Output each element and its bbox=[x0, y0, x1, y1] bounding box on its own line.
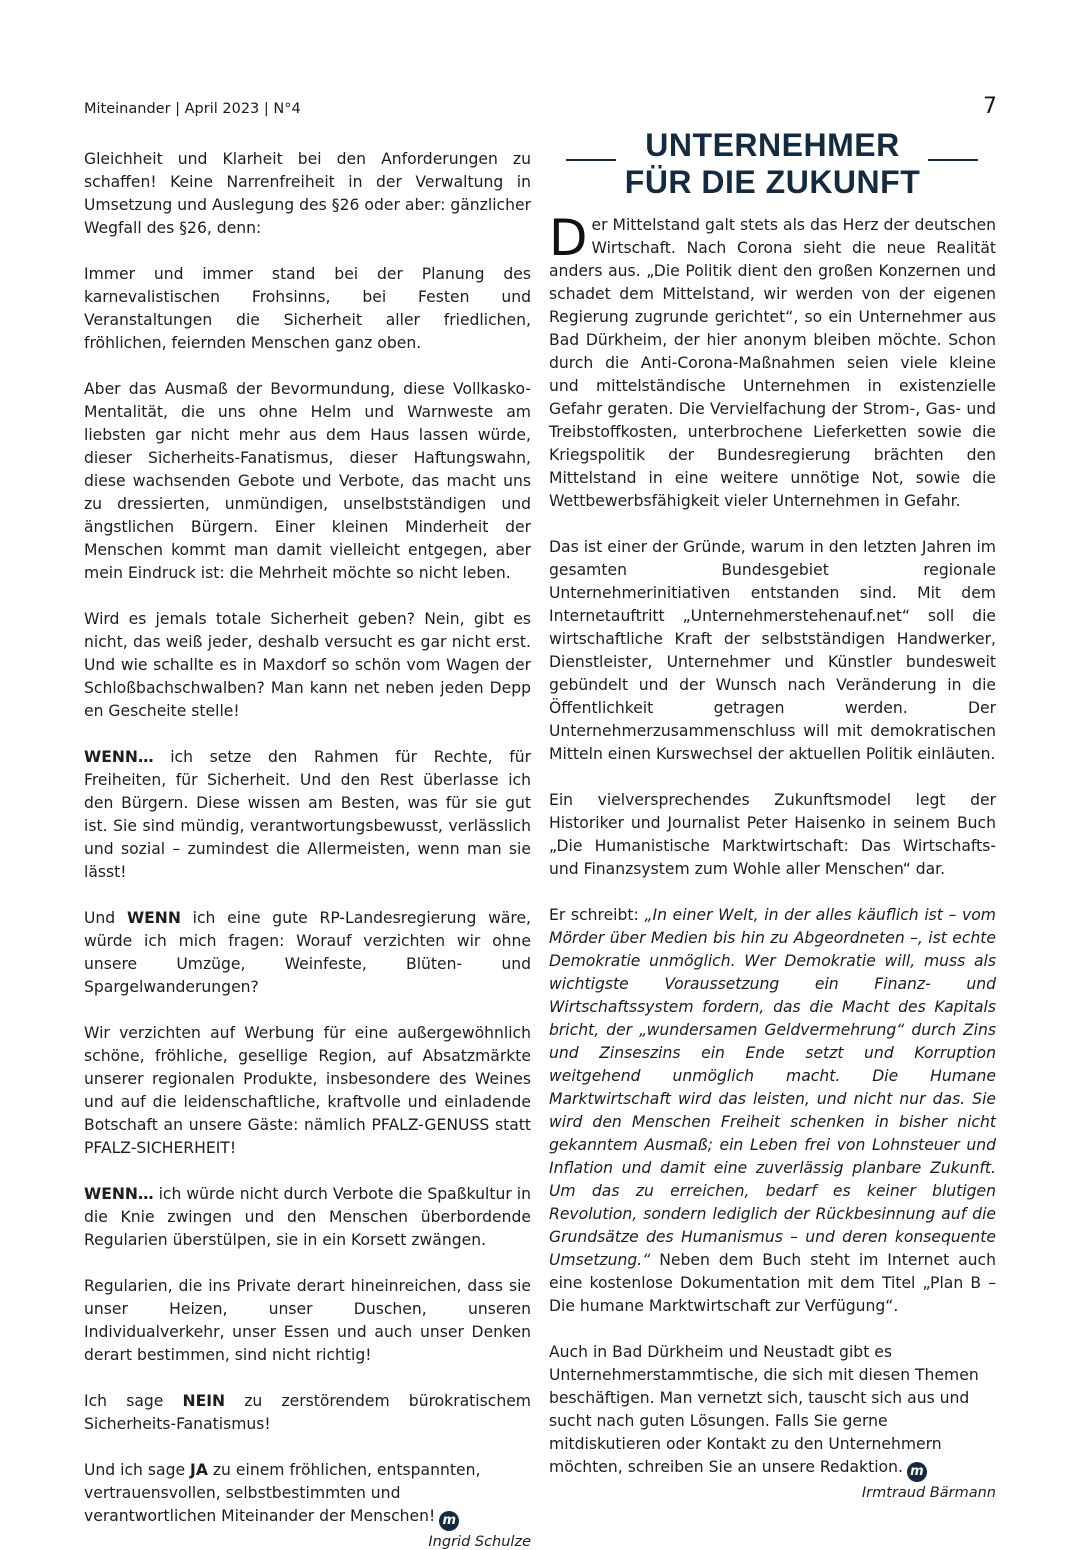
paragraph: Regularien, die ins Private derart hinei… bbox=[84, 1275, 531, 1367]
magazine-logo-icon: m bbox=[907, 1462, 927, 1482]
right-article: Der Mittelstand galt stets als das Herz … bbox=[549, 214, 996, 1505]
paragraph: Wir verzichten auf Werbung für eine auße… bbox=[84, 1022, 531, 1160]
emphasis-wenn: WENN… bbox=[84, 1185, 154, 1203]
quote: „In einer Welt, in der alles käuflich is… bbox=[549, 906, 996, 1269]
left-article: Gleichheit und Klarheit bei den Anforder… bbox=[84, 148, 531, 1550]
paragraph: Das ist einer der Gründe, warum in den l… bbox=[549, 536, 996, 766]
paragraph: Immer und immer stand bei der Planung de… bbox=[84, 263, 531, 355]
drop-cap: D bbox=[549, 216, 588, 260]
paragraph: Und ich sage JA zu einem fröhlichen, ent… bbox=[84, 1459, 531, 1531]
paragraph: WENN… ich setze den Rahmen für Rechte, f… bbox=[84, 746, 531, 884]
paragraph: Wird es jemals totale Sicherheit geben? … bbox=[84, 608, 531, 723]
emphasis-ja: JA bbox=[190, 1461, 208, 1479]
paragraph: Gleichheit und Klarheit bei den Anforder… bbox=[84, 148, 531, 240]
magazine-logo-icon: m bbox=[439, 1511, 459, 1531]
author-name: Irmtraud Bärmann bbox=[862, 1482, 996, 1505]
emphasis-wenn: WENN bbox=[127, 909, 181, 927]
paragraph: Er schreibt: „In einer Welt, in der alle… bbox=[549, 904, 996, 1318]
paragraph: Ich sage NEIN zu zerstörendem bürokratis… bbox=[84, 1390, 531, 1436]
publication-header: Miteinander | April 2023 | N°4 bbox=[84, 101, 301, 117]
paragraph: Ein vielversprechendes Zukunftsmodel leg… bbox=[549, 789, 996, 881]
paragraph: Aber das Ausmaß der Bevormundung, diese … bbox=[84, 378, 531, 585]
emphasis-nein: NEIN bbox=[183, 1392, 226, 1410]
paragraph: Und WENN ich eine gute RP-Landesregierun… bbox=[84, 907, 531, 999]
page-number: 7 bbox=[983, 94, 997, 119]
paragraph: Auch in Bad Dürkheim und Neustadt gibt e… bbox=[549, 1341, 996, 1482]
author-name: Ingrid Schulze bbox=[428, 1531, 531, 1550]
article-title: UNTERNEHMER FÜR DIE ZUKUNFT bbox=[565, 127, 980, 201]
paragraph: Der Mittelstand galt stets als das Herz … bbox=[549, 214, 996, 513]
paragraph: WENN… ich würde nicht durch Verbote die … bbox=[84, 1183, 531, 1252]
emphasis-wenn: WENN… bbox=[84, 748, 154, 766]
